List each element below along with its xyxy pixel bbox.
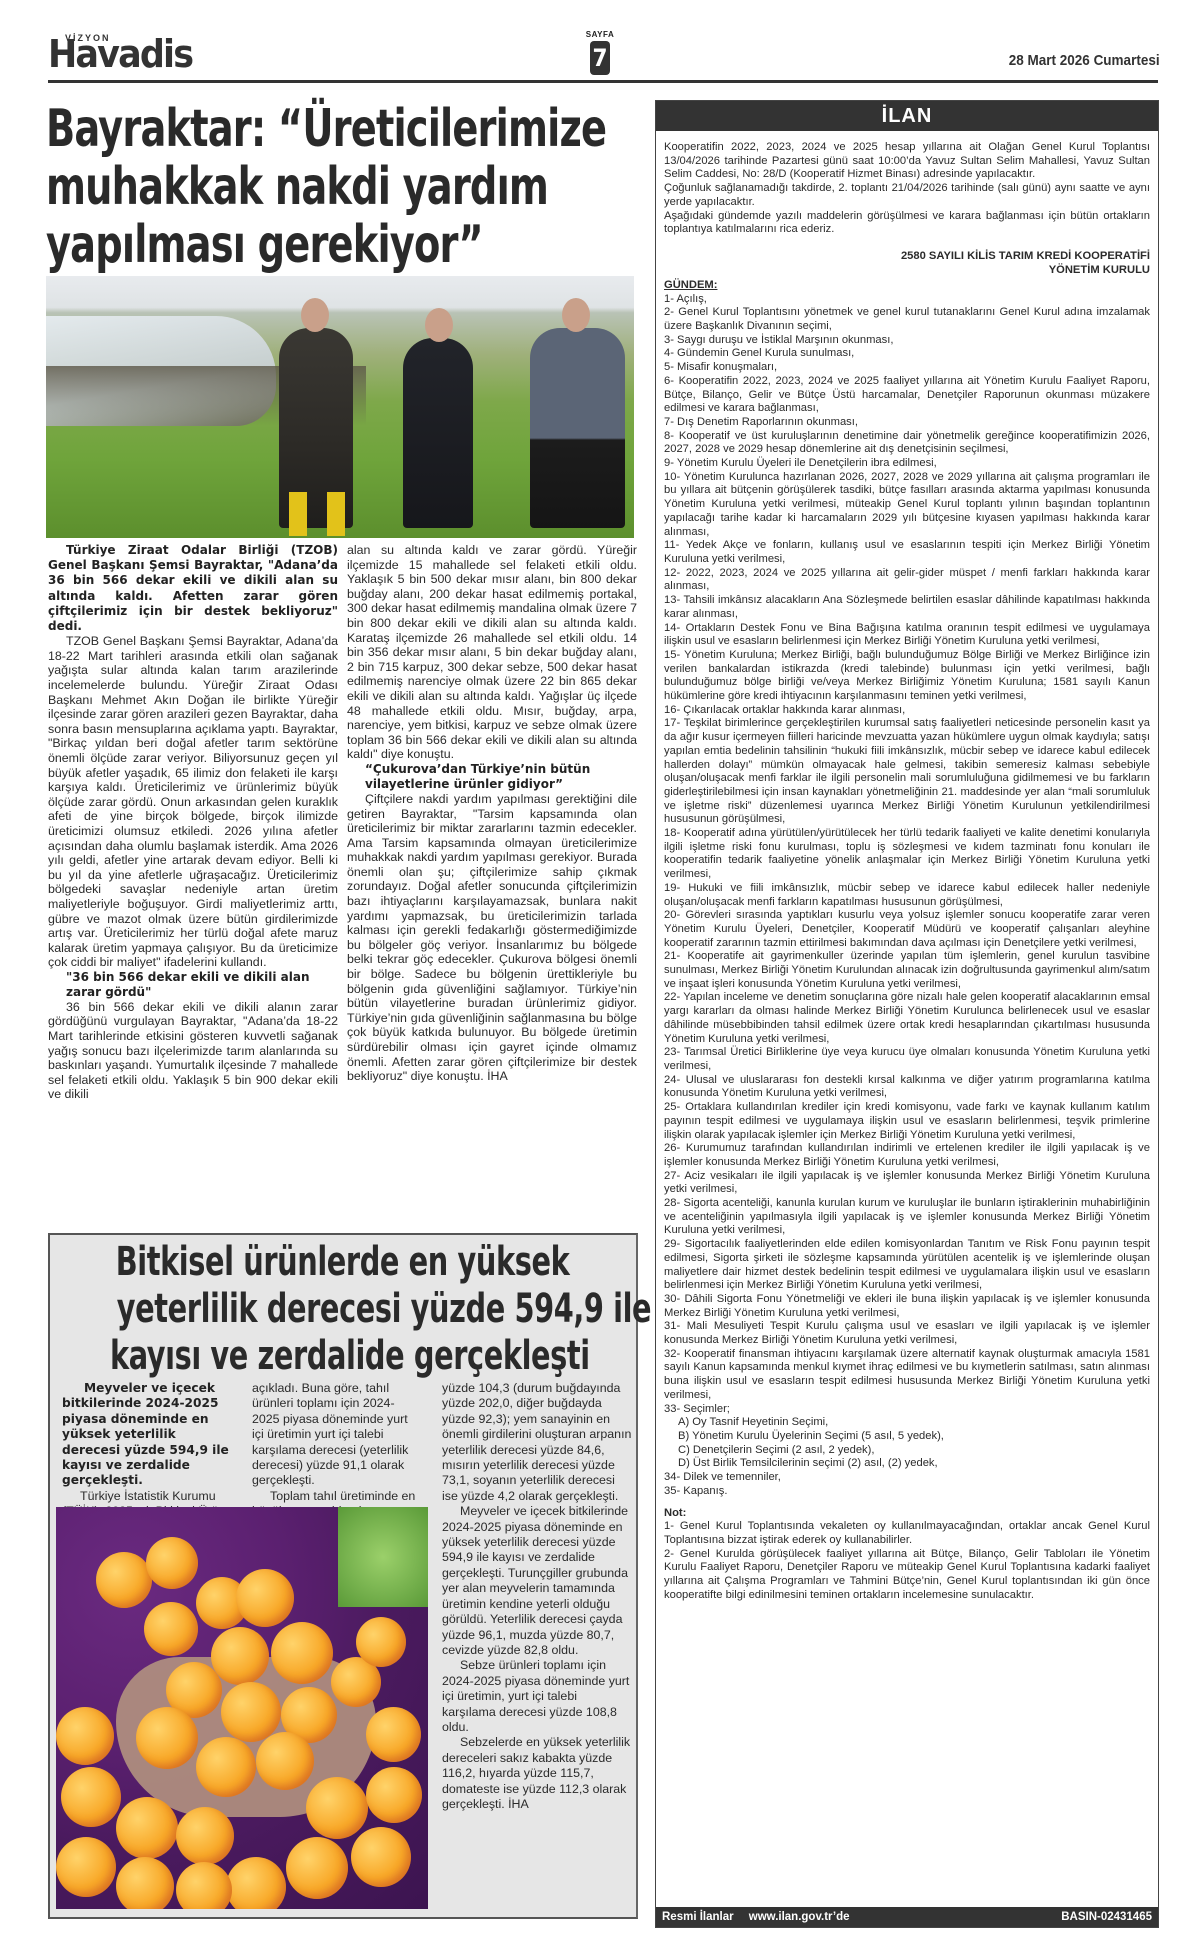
- agenda-item: 29- Sigortacılık faaliyetlerinden elde e…: [664, 1238, 1150, 1293]
- footer-code: BASIN-02431465: [1061, 1907, 1152, 1927]
- person-figure: [403, 338, 473, 528]
- agenda-item: 18- Kooperatif adına yürütülen/yürütülec…: [664, 827, 1150, 882]
- page-number: 7: [590, 41, 610, 75]
- article1-headline[interactable]: Bayraktar: “Üreticilerimize muhakkak nak…: [46, 100, 636, 274]
- article1-lead: Türkiye Ziraat Odalar Birliği (TZOB) Gen…: [48, 543, 338, 634]
- article1-paragraph: TZOB Genel Başkanı Şemsi Bayraktar, Adan…: [48, 634, 338, 970]
- article2-paragraph: yüzde 104,3 (durum buğdayında yüzde 202,…: [442, 1381, 632, 1504]
- agenda-item: 24- Ulusal ve uluslararası fon destekli …: [664, 1074, 1150, 1101]
- agenda-item: 1- Açılış,: [664, 293, 1150, 307]
- agenda-item: 9- Yönetim Kurulu Üyeleri ile Denetçiler…: [664, 457, 1150, 471]
- note-item: 2- Genel Kurulda görüşülecek faaliyet yı…: [664, 1548, 1150, 1603]
- agenda-item: 17- Teşkilat birimlerince gerçekleştiril…: [664, 717, 1150, 827]
- agenda-item: 21- Kooperatife ait gayrimenkuller üzeri…: [664, 950, 1150, 991]
- agenda-item: 34- Dilek ve temenniler,: [664, 1471, 1150, 1485]
- agenda-item: 13- Tahsili imkânsız alacakların Ana Söz…: [664, 594, 1150, 621]
- agenda-item: 3- Saygı duruşu ve İstiklal Marşının oku…: [664, 334, 1150, 348]
- official-announcement: İLAN Kooperatifin 2022, 2023, 2024 ve 20…: [655, 100, 1159, 1928]
- announcement-footer: Resmi İlanlar www.ilan.gov.tr’de BASIN-0…: [656, 1907, 1158, 1927]
- election-item: D) Üst Birlik Temsilcilerinin seçimi (2)…: [664, 1457, 1150, 1471]
- headline-line: kayısı ve zerdalide gerçekleşti: [110, 1333, 590, 1380]
- agenda-item: 16- Çıkarılacak ortaklar hakkında karar …: [664, 704, 1150, 718]
- article2-box: Bitkisel ürünlerde en yüksek yeterlilik …: [48, 1233, 638, 1919]
- agenda-item: 30- Dâhili Sigorta Fonu Yönetmeliği ve e…: [664, 1293, 1150, 1320]
- logo-big-text: Havadis: [48, 34, 192, 74]
- article1-paragraph: Çiftçilere nakdi yardım yapılması gerekt…: [347, 792, 637, 1084]
- article2-paragraph: açıkladı. Buna göre, tahıl ürünleri topl…: [252, 1381, 422, 1489]
- footer-link[interactable]: www.ilan.gov.tr’de: [749, 1911, 850, 1923]
- issue-date: 28 Mart 2026 Cumartesi: [1009, 52, 1160, 69]
- article1-photo: [46, 276, 634, 538]
- agenda-item: 28- Sigorta acenteliği, kanunla kurulan …: [664, 1197, 1150, 1238]
- article2-paragraph: Sebze ürünleri toplamı için 2024-2025 pi…: [442, 1658, 632, 1735]
- yellow-boot: [289, 492, 307, 536]
- agenda-item: 14- Ortakların Destek Fonu ve Bina Bağış…: [664, 622, 1150, 649]
- article1-paragraph: 36 bin 566 dekar ekili ve dikili alanın …: [48, 1000, 338, 1102]
- agenda-item: 22- Yapılan inceleme ve denetim sonuçlar…: [664, 991, 1150, 1046]
- agenda-item: 5- Misafir konuşmaları,: [664, 361, 1150, 375]
- article1-subheading: "36 bin 566 dekar ekili ve dikili alan z…: [48, 970, 338, 1000]
- announcement-intro: Kooperatifin 2022, 2023, 2024 ve 2025 he…: [664, 141, 1150, 182]
- agenda-item: 33- Seçimler;: [664, 1403, 1150, 1417]
- agenda-item: 7- Dış Denetim Raporlarının okunması,: [664, 416, 1150, 430]
- article2-lead: Meyveler ve içecek bitkilerinde 2024-202…: [62, 1381, 232, 1489]
- agenda-item: 11- Yedek Akçe ve fonların, kullanış usu…: [664, 539, 1150, 566]
- agenda-item: 6- Kooperatifin 2022, 2023, 2024 ve 2025…: [664, 375, 1150, 416]
- note-item: 1- Genel Kurul Toplantısında vekaleten o…: [664, 1520, 1150, 1547]
- newspaper-logo[interactable]: VİZYON Havadis: [48, 28, 248, 76]
- yellow-boot: [327, 492, 345, 536]
- election-item: C) Denetçilerin Seçimi (2 asıl, 2 yedek)…: [664, 1444, 1150, 1458]
- agenda-item: 2- Genel Kurul Toplantısını yönetmek ve …: [664, 306, 1150, 333]
- person-figure: [530, 328, 625, 528]
- agenda-item: 4- Gündemin Genel Kurula sunulması,: [664, 347, 1150, 361]
- headline-line: Bitkisel ürünlerde en yüksek: [116, 1239, 570, 1286]
- election-item: B) Yönetim Kurulu Üyelerinin Seçimi (5 a…: [664, 1430, 1150, 1444]
- footer-label: Resmi İlanlar: [662, 1911, 734, 1923]
- agenda-item: 15- Yönetim Kuruluna; Merkez Birliği, ba…: [664, 649, 1150, 704]
- agenda-title: GÜNDEM:: [664, 279, 1150, 293]
- announcement-body: Kooperatifin 2022, 2023, 2024 ve 2025 he…: [656, 131, 1158, 1602]
- headline-line: yeterlilik derecesi yüzde 594,9 ile: [117, 1286, 651, 1333]
- agenda-item: 12- 2022, 2023, 2024 ve 2025 yıllarına a…: [664, 567, 1150, 594]
- announcement-title: İLAN: [656, 101, 1158, 131]
- agenda-item: 10- Yönetim Kurulunca hazırlanan 2026, 2…: [664, 471, 1150, 540]
- page-number-block: SAYFA 7: [580, 30, 620, 75]
- announcement-intro: Aşağıdaki gündemde yazılı maddelerin gör…: [664, 210, 1150, 237]
- article1-column-2: alan su altında kaldı ve zarar gördü. Yü…: [347, 543, 637, 1084]
- page-label: SAYFA: [580, 30, 620, 39]
- article1-paragraph: alan su altında kaldı ve zarar gördü. Yü…: [347, 543, 637, 762]
- article2-headline[interactable]: Bitkisel ürünlerde en yüksek yeterlilik …: [50, 1239, 636, 1380]
- background-greens: [338, 1507, 428, 1607]
- masthead-divider: [48, 80, 1158, 83]
- announcement-signature: 2580 SAYILI KİLİS TARIM KREDİ KOOPERATİF…: [664, 249, 1150, 277]
- article2-paragraph: Sebzelerde en yüksek yeterlilik derecele…: [442, 1735, 632, 1812]
- agenda-item: 26- Kurumumuz tarafından kullandırılan i…: [664, 1142, 1150, 1169]
- article2-paragraph: Meyveler ve içecek bitkilerinde 2024-202…: [442, 1504, 632, 1658]
- agenda-item: 20- Görevleri sırasında yaptıkları kusur…: [664, 909, 1150, 950]
- agenda-item: 19- Hukuki ve fiili imkânsızlık, mücbir …: [664, 882, 1150, 909]
- note-title: Not:: [664, 1507, 1150, 1521]
- agenda-item: 32- Kooperatif finansman ihtiyacını karş…: [664, 1348, 1150, 1403]
- masthead: VİZYON Havadis SAYFA 7 28 Mart 2026 Cuma…: [48, 28, 1160, 78]
- article2-photo: [56, 1507, 428, 1909]
- notes-list: 1- Genel Kurul Toplantısında vekaleten o…: [664, 1520, 1150, 1602]
- agenda-item: 35- Kapanış.: [664, 1485, 1150, 1499]
- article2-column-3: yüzde 104,3 (durum buğdayında yüzde 202,…: [442, 1381, 632, 1812]
- person-figure: [279, 328, 353, 528]
- agenda-item: 23- Tarımsal Üretici Birliklerine üye ve…: [664, 1046, 1150, 1073]
- announcement-intro: Çoğunluk sağlanamadığı takdirde, 2. topl…: [664, 182, 1150, 209]
- elections-list: A) Oy Tasnif Heyetinin Seçimi,B) Yönetim…: [664, 1416, 1150, 1471]
- agenda-item: 8- Kooperatif ve üst kuruluşlarının dene…: [664, 430, 1150, 457]
- article1-subheading: “Çukurova’dan Türkiye’nin bütün vilayetl…: [347, 762, 637, 792]
- agenda-item: 25- Ortaklara kullandırılan krediler içi…: [664, 1101, 1150, 1142]
- agenda-list: 1- Açılış,2- Genel Kurul Toplantısını yö…: [664, 293, 1150, 1417]
- agenda-item: 31- Mali Mesuliyeti Tespit Kurulu çalışm…: [664, 1320, 1150, 1347]
- agenda-end-list: 34- Dilek ve temenniler,35- Kapanış.: [664, 1471, 1150, 1498]
- agenda-item: 27- Aciz vesikaları ile ilgili yapılacak…: [664, 1170, 1150, 1197]
- article1-column-1: Türkiye Ziraat Odalar Birliği (TZOB) Gen…: [48, 543, 338, 1102]
- election-item: A) Oy Tasnif Heyetinin Seçimi,: [664, 1416, 1150, 1430]
